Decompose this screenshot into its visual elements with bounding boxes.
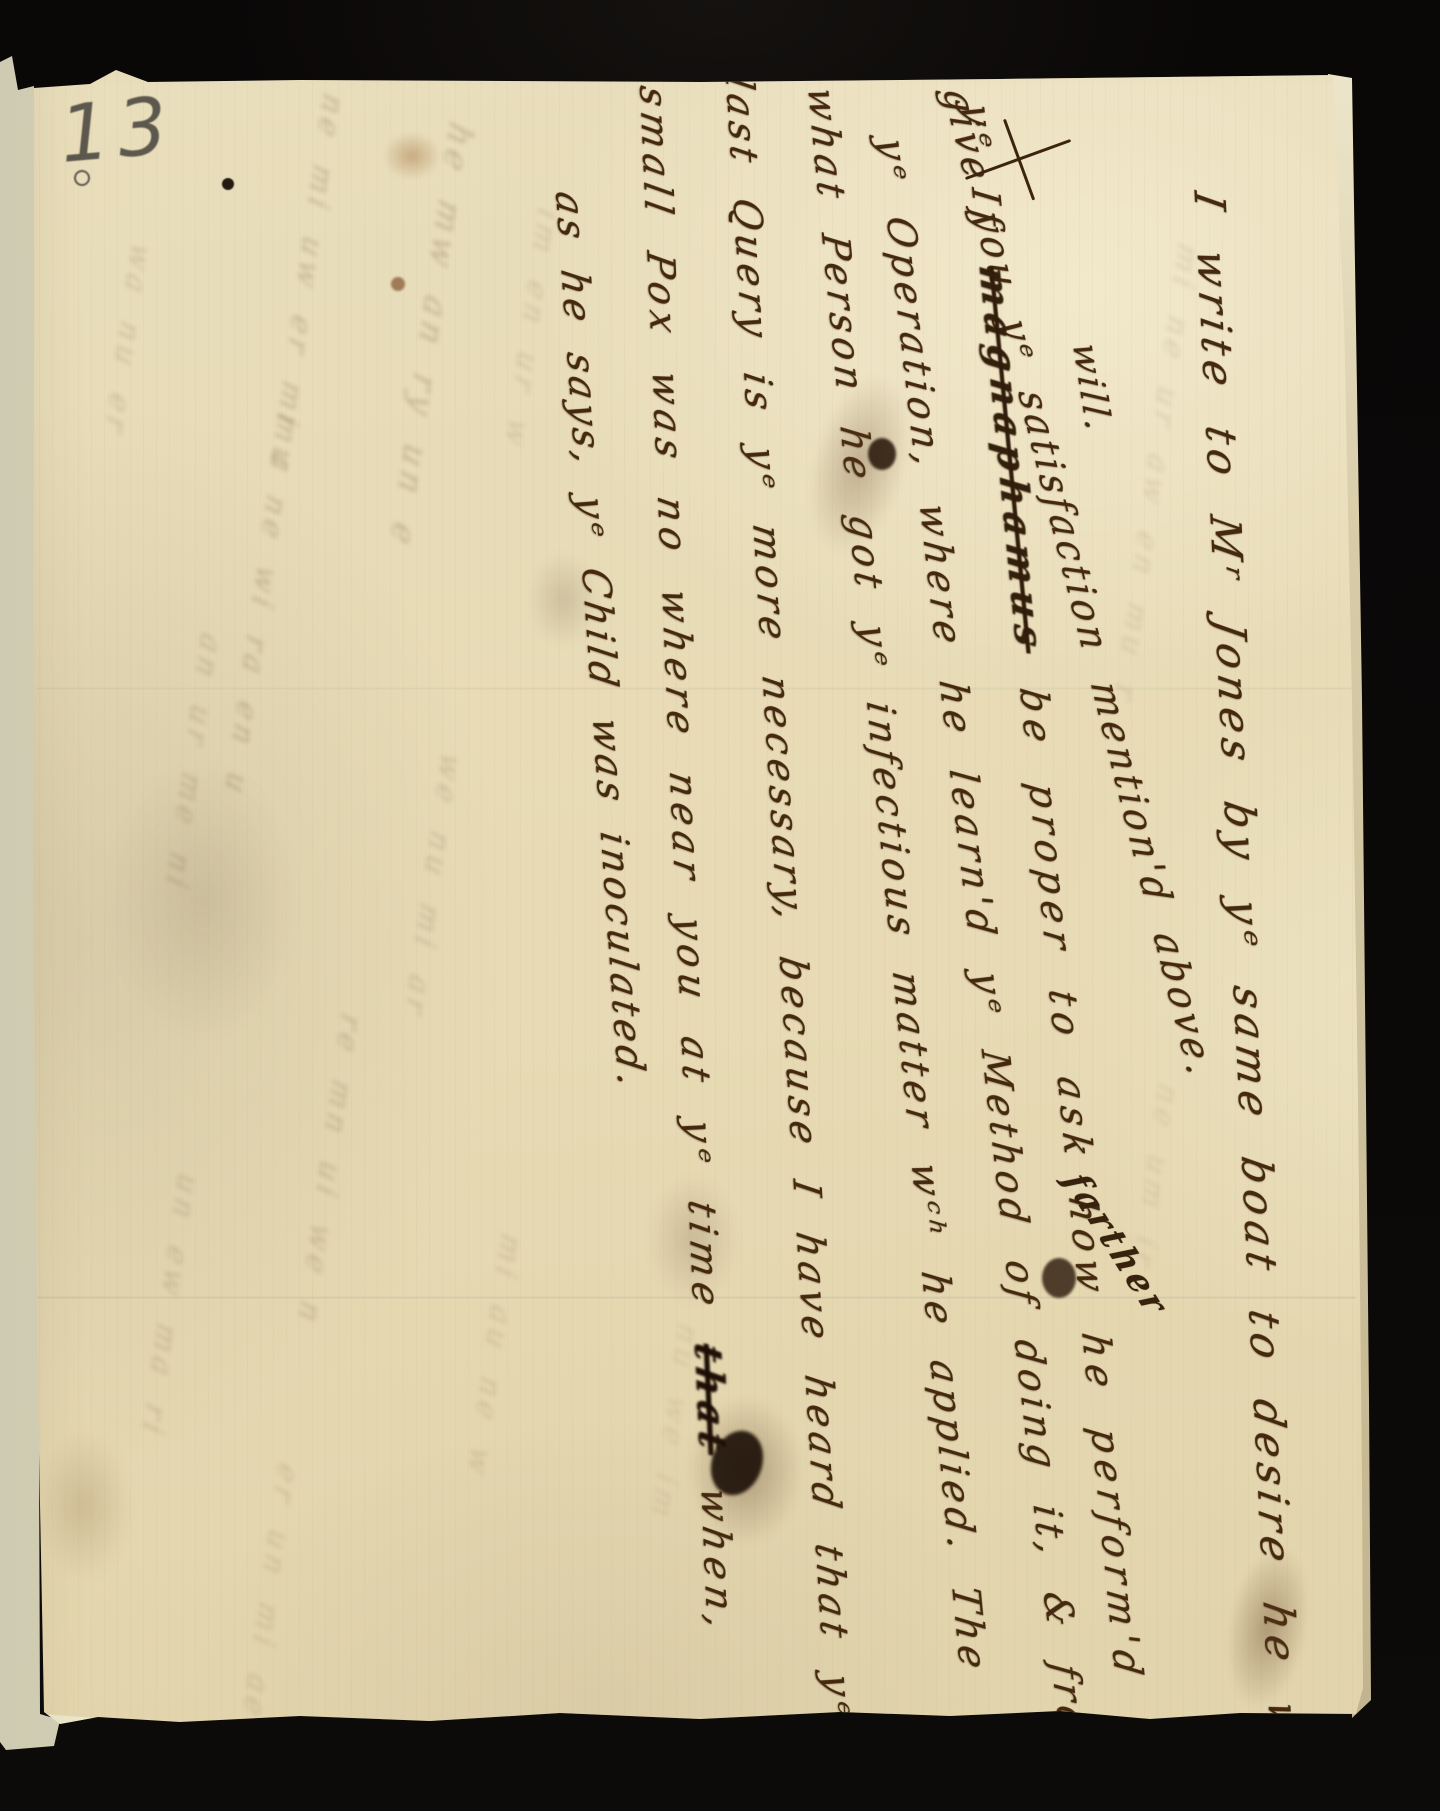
bleedthrough-streak: un ew ma ri xyxy=(134,1169,205,1443)
line-text: as he says, yᵉ Child was inoculated. xyxy=(546,189,653,1093)
line-text: when, xyxy=(690,1452,742,1638)
handwriting-line: yᵉ If magnaphamus be proper to ask how h… xyxy=(957,102,1148,1684)
ink-blot xyxy=(868,438,896,470)
pencil-flourish xyxy=(73,169,91,187)
paper-sheet: ne mi uw er mi a he mw an ry un e im en … xyxy=(0,0,1440,1811)
bleedthrough-streak: mi ne ur aw en mu r xyxy=(1107,239,1205,709)
handwriting-line: last Query is yᵉ more necessary, because… xyxy=(720,74,859,1723)
handwriting-line: give you yᵉ satisfaction mention'd above… xyxy=(936,88,1222,1079)
line-text: yᵉ If xyxy=(954,101,1014,269)
stain xyxy=(108,760,298,1040)
bleedthrough-streak: he mw an ry un e xyxy=(382,117,480,554)
bleedthrough-streak: im en ur w xyxy=(497,204,565,456)
struck-word: magnaphamus xyxy=(970,264,1053,656)
ink-smudge xyxy=(790,363,930,566)
bleedthrough-streak: er un mi ae xyxy=(235,1459,305,1726)
stain xyxy=(383,132,441,180)
bleedthrough-streak: ne um ir xyxy=(1125,1079,1185,1276)
stain xyxy=(528,552,598,647)
fold-crease xyxy=(36,1297,1356,1300)
line-text: I write to Mʳ Jones by yᵉ same boat to d… xyxy=(1185,189,1313,1806)
handwriting-line: as he says, yᵉ Child was inoculated. xyxy=(550,190,651,1093)
bleedthrough-streak: ne mi uw er mi a xyxy=(263,89,350,482)
bleedthrough-streak: nu we im xyxy=(643,1319,705,1527)
blotted-struck-word: that xyxy=(686,1340,736,1459)
insertion-cross-icon xyxy=(957,111,1080,210)
line-text: give you yᵉ satisfaction mention'd above… xyxy=(933,88,1225,1079)
handwriting-line: I write to Mʳ Jones by yᵉ same boat to d… xyxy=(1188,189,1309,1805)
scan-background: ne mi uw er mi a he mw an ry un e im en … xyxy=(0,0,1440,1811)
paper-fleck xyxy=(391,277,405,291)
paper-fleck xyxy=(222,178,234,190)
bleedthrough-streak: we nu mi ar xyxy=(397,749,468,1023)
handwriting-line: yᵉ Operation, where he learn'd yᵉ Method… xyxy=(871,136,1096,1776)
bleedthrough-streak: an ur me ni xyxy=(158,629,228,897)
line-text: what Person he got yᵉ infectious matter … xyxy=(798,85,995,1675)
bleedthrough-streak: mu ne wi ra en u xyxy=(217,409,305,803)
handwriting-line: what Person he got yᵉ infectious matter … xyxy=(801,86,992,1676)
handwriting-line: small Pox was no where near you at yᵉ ti… xyxy=(634,84,740,1638)
bleedthrough-streak: mi au ne w xyxy=(460,1229,528,1484)
fold-crease xyxy=(36,688,1356,691)
stain xyxy=(648,1175,738,1305)
pencil-page-number: 13 xyxy=(56,81,179,181)
ink-blot xyxy=(702,1423,772,1502)
ink-blot xyxy=(1042,1258,1076,1298)
bleedthrough-streak: re mn ui we n xyxy=(290,1009,368,1332)
handwriting-line-short: will. xyxy=(1065,342,1116,435)
ink-smudge xyxy=(688,1395,803,1545)
bleedthrough-streak: wa nu er xyxy=(97,239,158,441)
stain xyxy=(36,1430,131,1580)
line-text: small Pox was no where near you at yᵉ ti… xyxy=(631,83,730,1348)
ink-smudge xyxy=(1214,1539,1321,1715)
inserted-word: farther xyxy=(1054,1168,1178,1321)
line-text: will. xyxy=(1063,342,1119,435)
line-text: yᵉ Operation, where he learn'd yᵉ Method… xyxy=(868,136,1099,1776)
line-text: last Query is yᵉ more necessary, because… xyxy=(717,74,862,1724)
line-text: be proper to ask how he perform'd xyxy=(1007,651,1151,1684)
